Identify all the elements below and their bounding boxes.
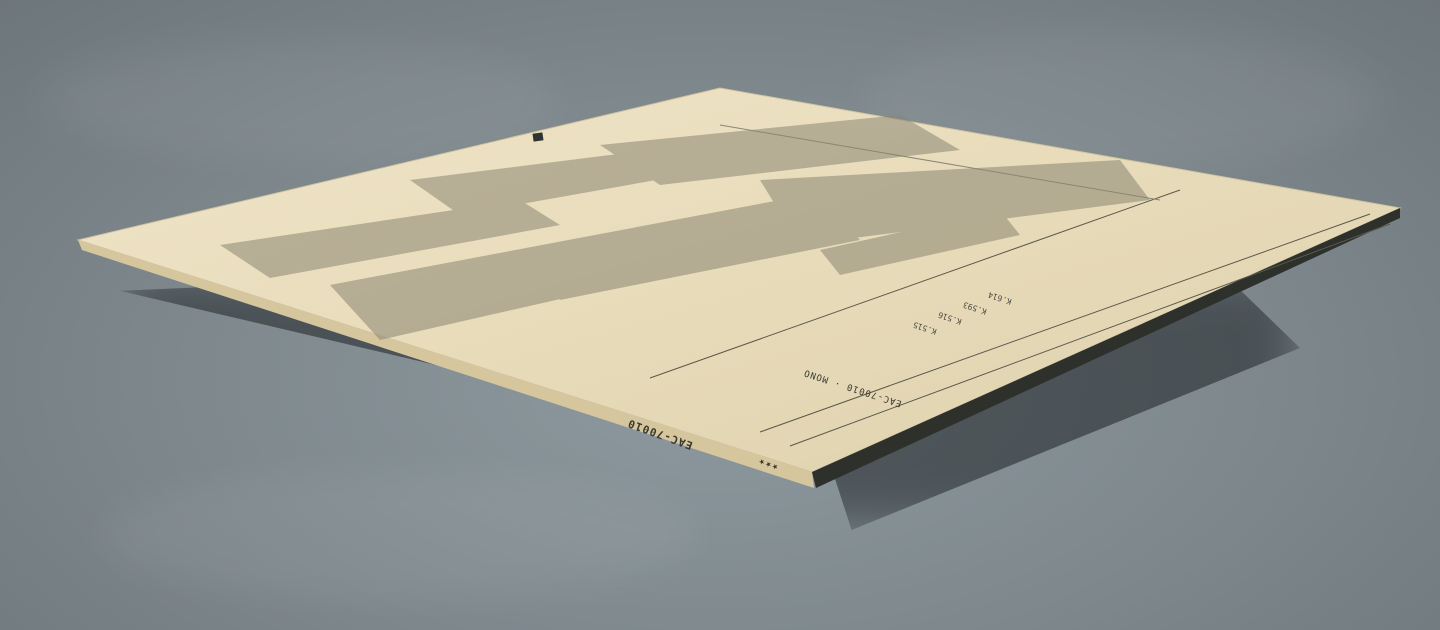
record-sleeve <box>0 0 1440 630</box>
photo-scene: EAC-70010 ★★★ EAC-70010 · MONO K.515 K.5… <box>0 0 1440 630</box>
